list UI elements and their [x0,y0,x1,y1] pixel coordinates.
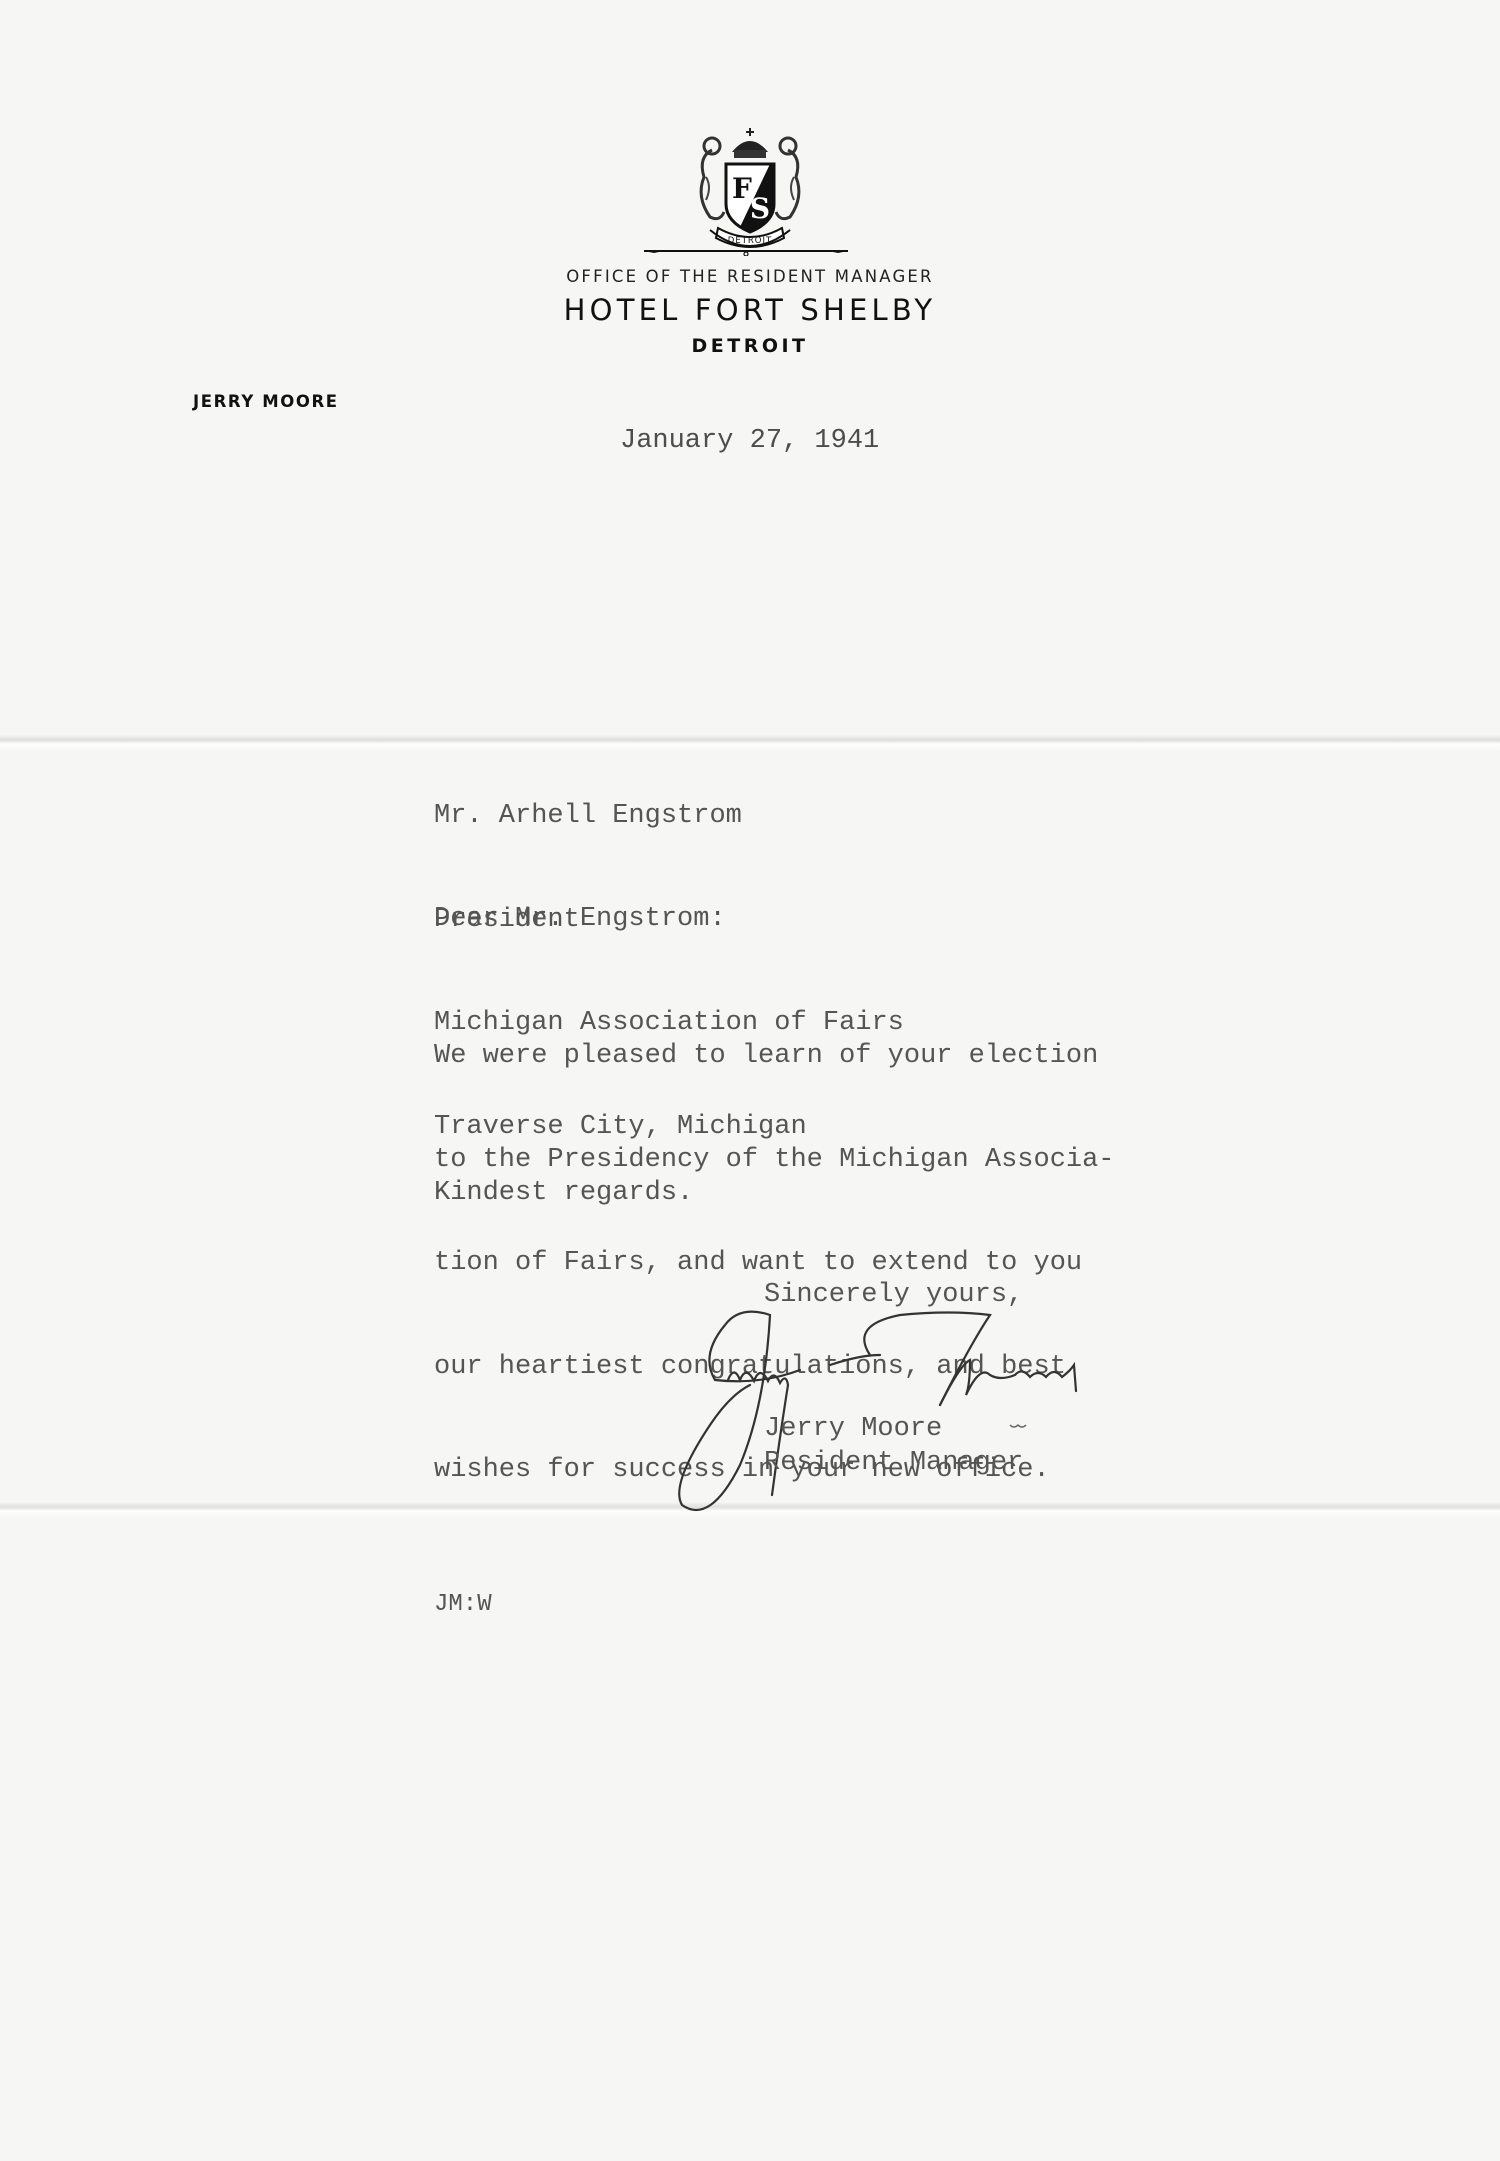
letterhead-rule [644,248,848,256]
salutation: Dear Mr. Engstrom: [434,902,726,937]
letter-paper: F S DETROIT OFFICE OF THE RESIDENT MANAG… [0,0,1500,2161]
body-line: to the Presidency of the Michigan Associ… [434,1143,1115,1178]
letter-date: January 27, 1941 [620,424,879,459]
crest-icon: F S DETROIT [690,122,810,257]
letterhead-manager-name: JERRY MOORE [193,392,339,411]
svg-text:S: S [750,192,770,225]
signer-title: Resident Manager [764,1446,1023,1481]
letterhead-hotel-name: HOTEL FORT SHELBY [0,293,1500,327]
body-line: We were pleased to learn of your electio… [434,1039,1115,1074]
signature-icon [670,1285,1110,1525]
letterhead-office: OFFICE OF THE RESIDENT MANAGER [0,267,1500,286]
closing-remark: Kindest regards. [434,1176,693,1211]
reference-initials: JM:W [434,1588,492,1623]
recipient-line: Mr. Arhell Engstrom [434,799,904,834]
letterhead-city: DETROIT [0,335,1500,357]
body-line: tion of Fairs, and want to extend to you [434,1246,1115,1281]
signer-name: Jerry Moore [764,1412,942,1447]
